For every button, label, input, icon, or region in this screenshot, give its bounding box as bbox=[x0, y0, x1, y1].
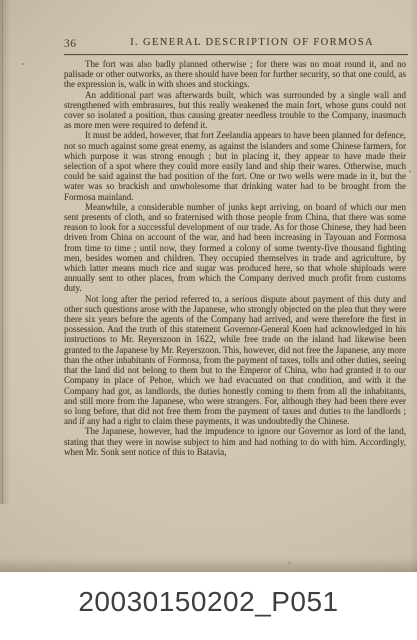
paragraph: Not long after the period referred to, a… bbox=[64, 294, 406, 427]
paragraph: An additional part was afterwards built,… bbox=[64, 90, 406, 131]
page-bottom-edge-shadow bbox=[0, 558, 417, 572]
scanned-book-page: 36 I. GENERAL DESCRIPTION OF FORMOSA The… bbox=[0, 0, 417, 572]
paragraph: Meanwhile, a considerable number of junk… bbox=[64, 202, 406, 294]
page-left-edge-line bbox=[2, 0, 3, 504]
scanned-page-viewer: 36 I. GENERAL DESCRIPTION OF FORMOSA The… bbox=[0, 0, 417, 640]
archive-label-strip: 20030150202_P051 bbox=[0, 572, 417, 640]
paragraph: The fort was also badly planned otherwis… bbox=[64, 59, 406, 90]
chapter-title: I. GENERAL DESCRIPTION OF FORMOSA bbox=[96, 37, 408, 48]
paragraph: The Japanese, however, had the impudence… bbox=[64, 426, 406, 457]
scan-dust-speck bbox=[409, 170, 411, 173]
paragraph: It must be added, however, that fort Zee… bbox=[64, 130, 406, 201]
page-number: 36 bbox=[64, 38, 77, 50]
running-head: 36 I. GENERAL DESCRIPTION OF FORMOSA bbox=[64, 37, 408, 52]
scan-dust-speck bbox=[288, 562, 291, 564]
archive-id-label: 20030150202_P051 bbox=[78, 586, 338, 618]
scan-dust-speck bbox=[22, 63, 24, 65]
body-text: The fort was also badly planned otherwis… bbox=[64, 59, 406, 457]
page-right-edge-shadow bbox=[410, 0, 417, 572]
header-rule bbox=[64, 54, 408, 55]
